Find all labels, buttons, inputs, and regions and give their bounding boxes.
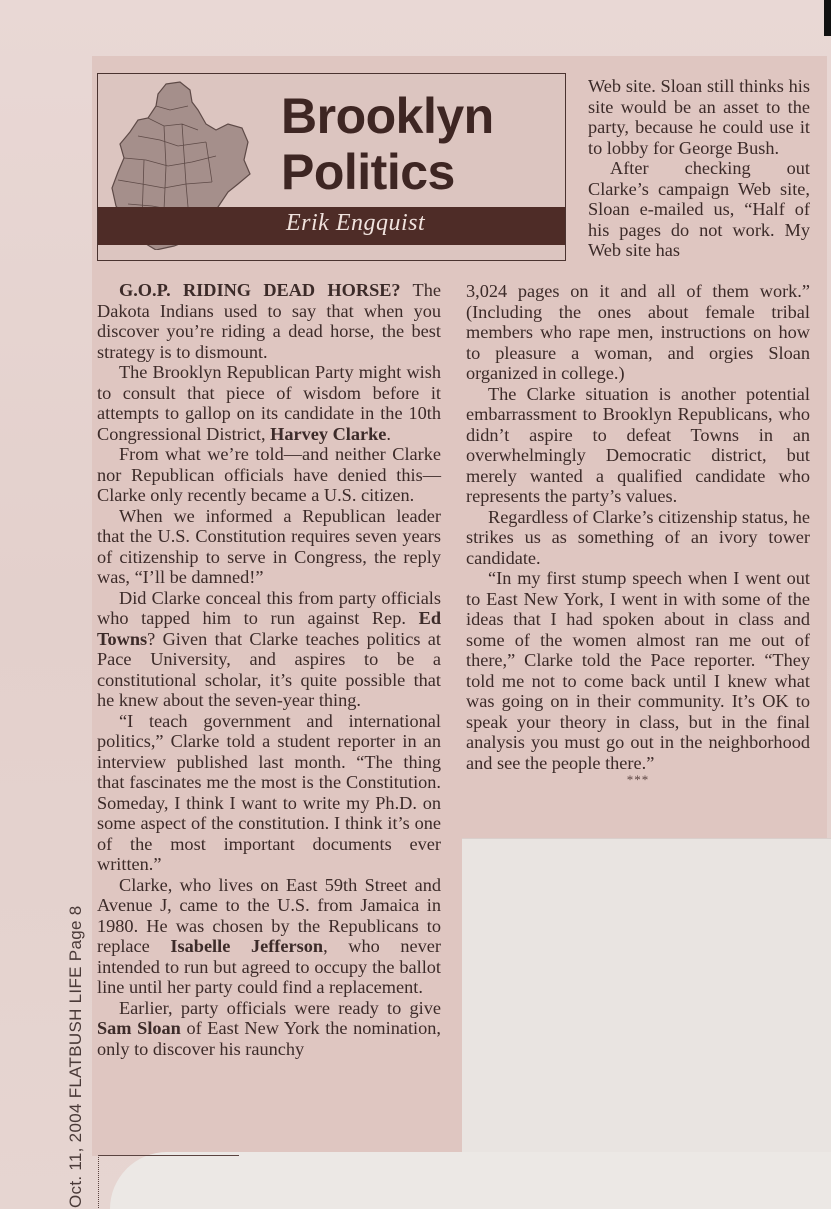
title-line-2: Politics xyxy=(281,144,494,200)
paragraph: 3,024 pages on it and all of them work.”… xyxy=(466,281,810,384)
banner-title: Brooklyn Politics xyxy=(281,88,494,200)
paragraph: G.O.P. RIDING DEAD HORSE? The Dakota Ind… xyxy=(97,280,441,362)
paragraph: “In my first stump speech when I went ou… xyxy=(466,568,810,773)
paragraph: Earlier, party officials were ready to g… xyxy=(97,998,441,1060)
next-article-box-edge xyxy=(98,1155,239,1209)
kicker-headline: G.O.P. RIDING DEAD HORSE? xyxy=(119,280,401,300)
article-column-right-top: Web site. Sloan still thinks his site wo… xyxy=(588,76,810,261)
paragraph: Did Clarke conceal this from party offic… xyxy=(97,588,441,711)
bold-name: Sam Sloan xyxy=(97,1018,181,1038)
column-banner: Brooklyn Politics Erik Engquist xyxy=(97,73,566,261)
paragraph-text: Earlier, party officials were ready to g… xyxy=(119,998,441,1018)
paragraph: Clarke, who lives on East 59th Street an… xyxy=(97,875,441,998)
article-column-right: 3,024 pages on it and all of them work.”… xyxy=(466,281,810,787)
paragraph: Web site. Sloan still thinks his site wo… xyxy=(588,76,810,158)
paragraph: The Clarke situation is another potentia… xyxy=(466,384,810,507)
bold-name: Harvey Clarke xyxy=(270,424,386,444)
paragraph: Regardless of Clarke’s citizenship statu… xyxy=(466,507,810,569)
paragraph-text: Did Clarke conceal this from party offic… xyxy=(97,588,441,629)
paragraph: After checking out Clarke’s campaign Web… xyxy=(588,158,810,261)
scan-edge xyxy=(824,0,831,36)
page-folio: Oct. 11, 2004 FLATBUSH LIFE Page 8 xyxy=(66,906,86,1209)
paragraph: The Brooklyn Republican Party might wish… xyxy=(97,362,441,444)
paragraph: “I teach government and international po… xyxy=(97,711,441,875)
paragraph-text: . xyxy=(386,424,391,444)
article-column-left: G.O.P. RIDING DEAD HORSE? The Dakota Ind… xyxy=(97,280,441,1059)
end-mark: *** xyxy=(466,773,810,787)
paragraph-text: ? Given that Clarke teaches politics at … xyxy=(97,629,441,711)
paragraph: When we informed a Republican leader tha… xyxy=(97,506,441,588)
byline: Erik Engquist xyxy=(286,210,425,237)
paragraph: From what we’re told—and neither Clarke … xyxy=(97,444,441,506)
title-line-1: Brooklyn xyxy=(281,88,494,144)
bold-name: Isabelle Jefferson xyxy=(170,936,323,956)
